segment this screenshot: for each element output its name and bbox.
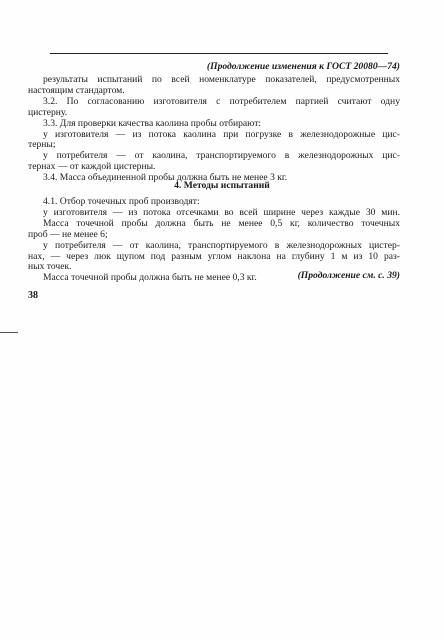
text-line: тернах — от каждой цистерны.: [28, 161, 400, 172]
header-continuation: (Продолжение изменения к ГОСТ 20080—74): [207, 61, 400, 72]
text-line: настоящим стандартом.: [28, 85, 400, 96]
text-line: у потребителя — от каолина, транспортиру…: [43, 150, 400, 161]
text-line: результаты испытаний по всей номенклатур…: [43, 74, 400, 85]
page-number: 38: [28, 290, 38, 301]
text-line: проб — не менее 6;: [28, 229, 400, 240]
bottom-left-rule: [0, 332, 18, 333]
text-line: нах, — через люк щупом под разным углом …: [28, 251, 400, 262]
section-heading: 4. Методы испытаний: [0, 180, 444, 191]
text-line: у изготовителя — из потока каолина при п…: [43, 129, 400, 140]
text-line: 3.3. Для проверки качества каолина пробы…: [43, 118, 400, 129]
text-line: у изготовителя — из потока отсечками во …: [43, 207, 400, 218]
top-rule: [50, 53, 388, 54]
footer-continuation: (Продолжение см. с. 39): [298, 270, 400, 281]
text-line: Масса точечной пробы должна быть не мене…: [43, 218, 400, 229]
text-line: у потребителя — от каолина, транспортиру…: [43, 240, 400, 251]
text-line: терны;: [28, 139, 400, 150]
text-line: 4.1. Отбор точечных проб производят:: [43, 196, 400, 207]
text-line: цистерну.: [28, 107, 400, 118]
text-line: 3.2. По согласованию изготовителя с потр…: [43, 96, 400, 107]
